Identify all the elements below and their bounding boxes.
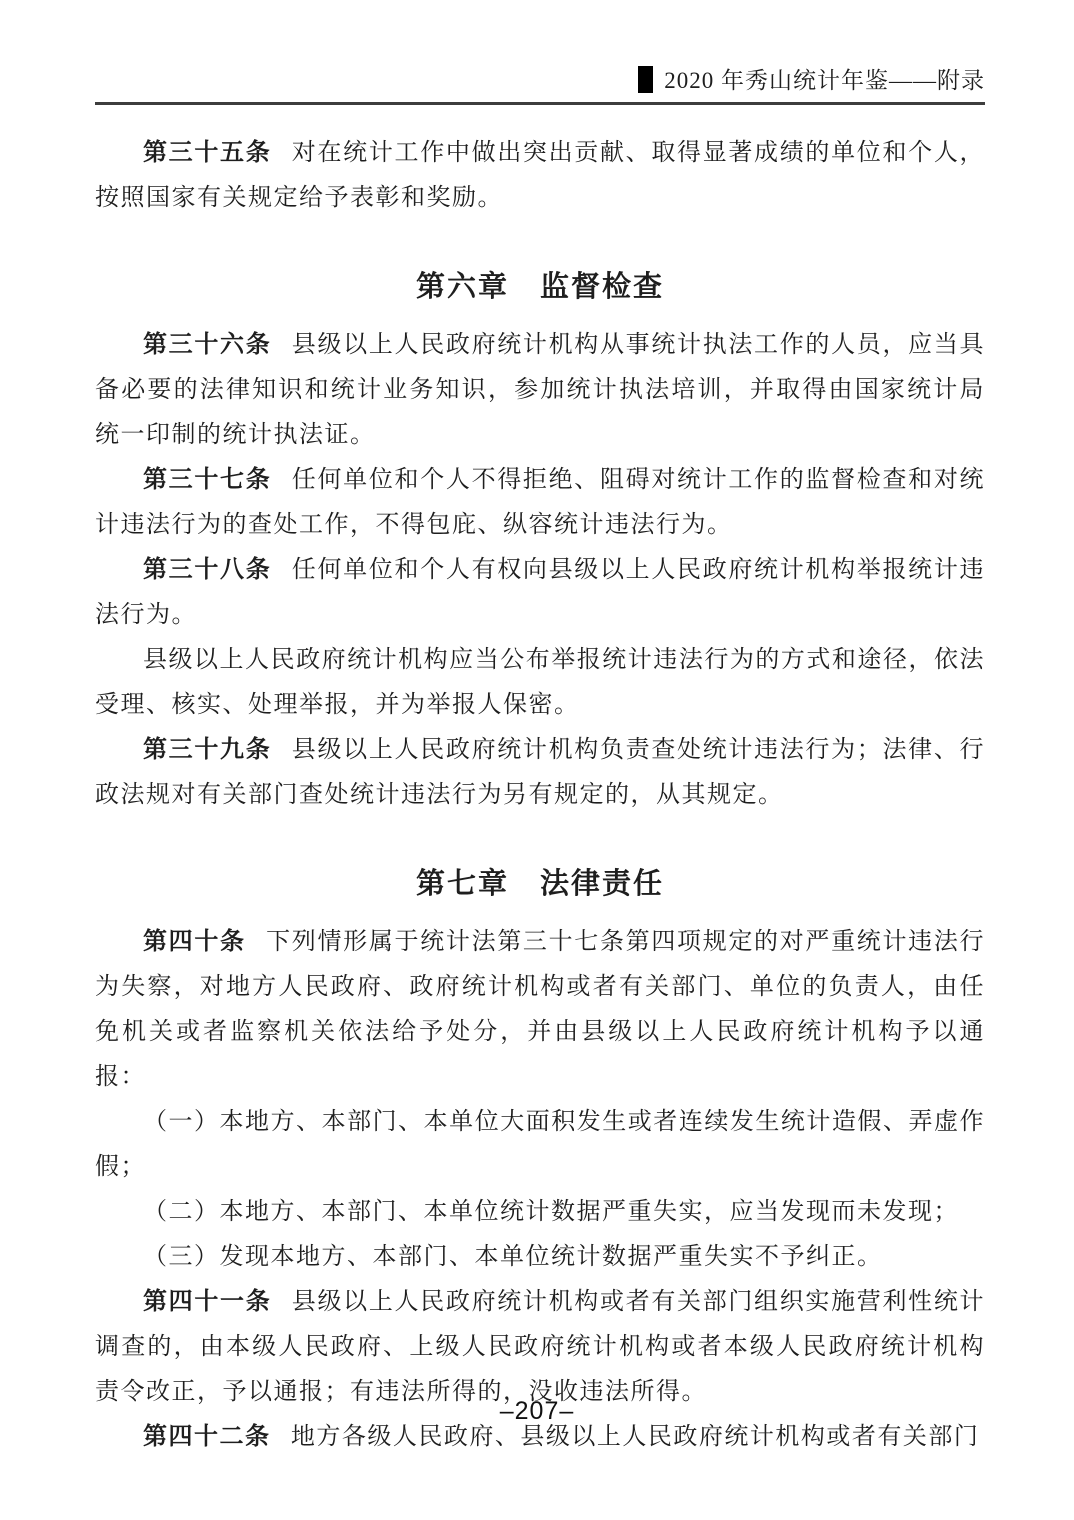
- article-40-number: 第四十条: [143, 929, 246, 955]
- header-marker-icon: [638, 66, 653, 93]
- paragraph-article-38-continued: 县级以上人民政府统计机构应当公布举报统计违法行为的方式和途径，依法受理、核实、处…: [95, 638, 985, 728]
- list-item-3: （三）发现本地方、本部门、本单位统计数据严重失实不予纠正。: [95, 1235, 985, 1280]
- page-number: –207–: [0, 1397, 1074, 1426]
- chapter-6-heading: 第六章 监督检查: [95, 265, 985, 309]
- article-35-number: 第三十五条: [143, 140, 271, 166]
- paragraph-article-35: 第三十五条对在统计工作中做出突出贡献、取得显著成绩的单位和个人，按照国家有关规定…: [95, 131, 985, 221]
- article-38-number: 第三十八条: [143, 557, 271, 583]
- paragraph-article-39: 第三十九条县级以上人民政府统计机构负责查处统计违法行为；法律、行政法规对有关部门…: [95, 728, 985, 818]
- paragraph-article-36: 第三十六条县级以上人民政府统计机构从事统计执法工作的人员，应当具备必要的法律知识…: [95, 323, 985, 458]
- yearbook-page: 2020 年秀山统计年鉴——附录 第三十五条对在统计工作中做出突出贡献、取得显著…: [0, 0, 1074, 1520]
- paragraph-article-38: 第三十八条任何单位和个人有权向县级以上人民政府统计机构举报统计违法行为。: [95, 548, 985, 638]
- article-42-text: 地方各级人民政府、县级以上人民政府统计机构或者有关部门: [291, 1424, 980, 1450]
- article-41-number: 第四十一条: [143, 1289, 271, 1315]
- paragraph-article-37: 第三十七条任何单位和个人不得拒绝、阻碍对统计工作的监督检查和对统计违法行为的查处…: [95, 458, 985, 548]
- document-body: 第三十五条对在统计工作中做出突出贡献、取得显著成绩的单位和个人，按照国家有关规定…: [95, 131, 985, 1460]
- page-header: 2020 年秀山统计年鉴——附录: [95, 0, 985, 105]
- article-39-number: 第三十九条: [143, 737, 271, 763]
- article-42-number: 第四十二条: [143, 1424, 271, 1450]
- article-36-number: 第三十六条: [143, 332, 271, 358]
- paragraph-article-41: 第四十一条县级以上人民政府统计机构或者有关部门组织实施营利性统计调查的，由本级人…: [95, 1280, 985, 1415]
- paragraph-article-40: 第四十条下列情形属于统计法第三十七条第四项规定的对严重统计违法行为失察，对地方人…: [95, 920, 985, 1100]
- article-37-number: 第三十七条: [143, 467, 271, 493]
- header-title: 2020 年秀山统计年鉴——附录: [664, 68, 985, 93]
- chapter-7-heading: 第七章 法律责任: [95, 862, 985, 906]
- list-item-2: （二）本地方、本部门、本单位统计数据严重失实，应当发现而未发现；: [95, 1190, 985, 1235]
- list-item-1: （一）本地方、本部门、本单位大面积发生或者连续发生统计造假、弄虚作假；: [95, 1100, 985, 1190]
